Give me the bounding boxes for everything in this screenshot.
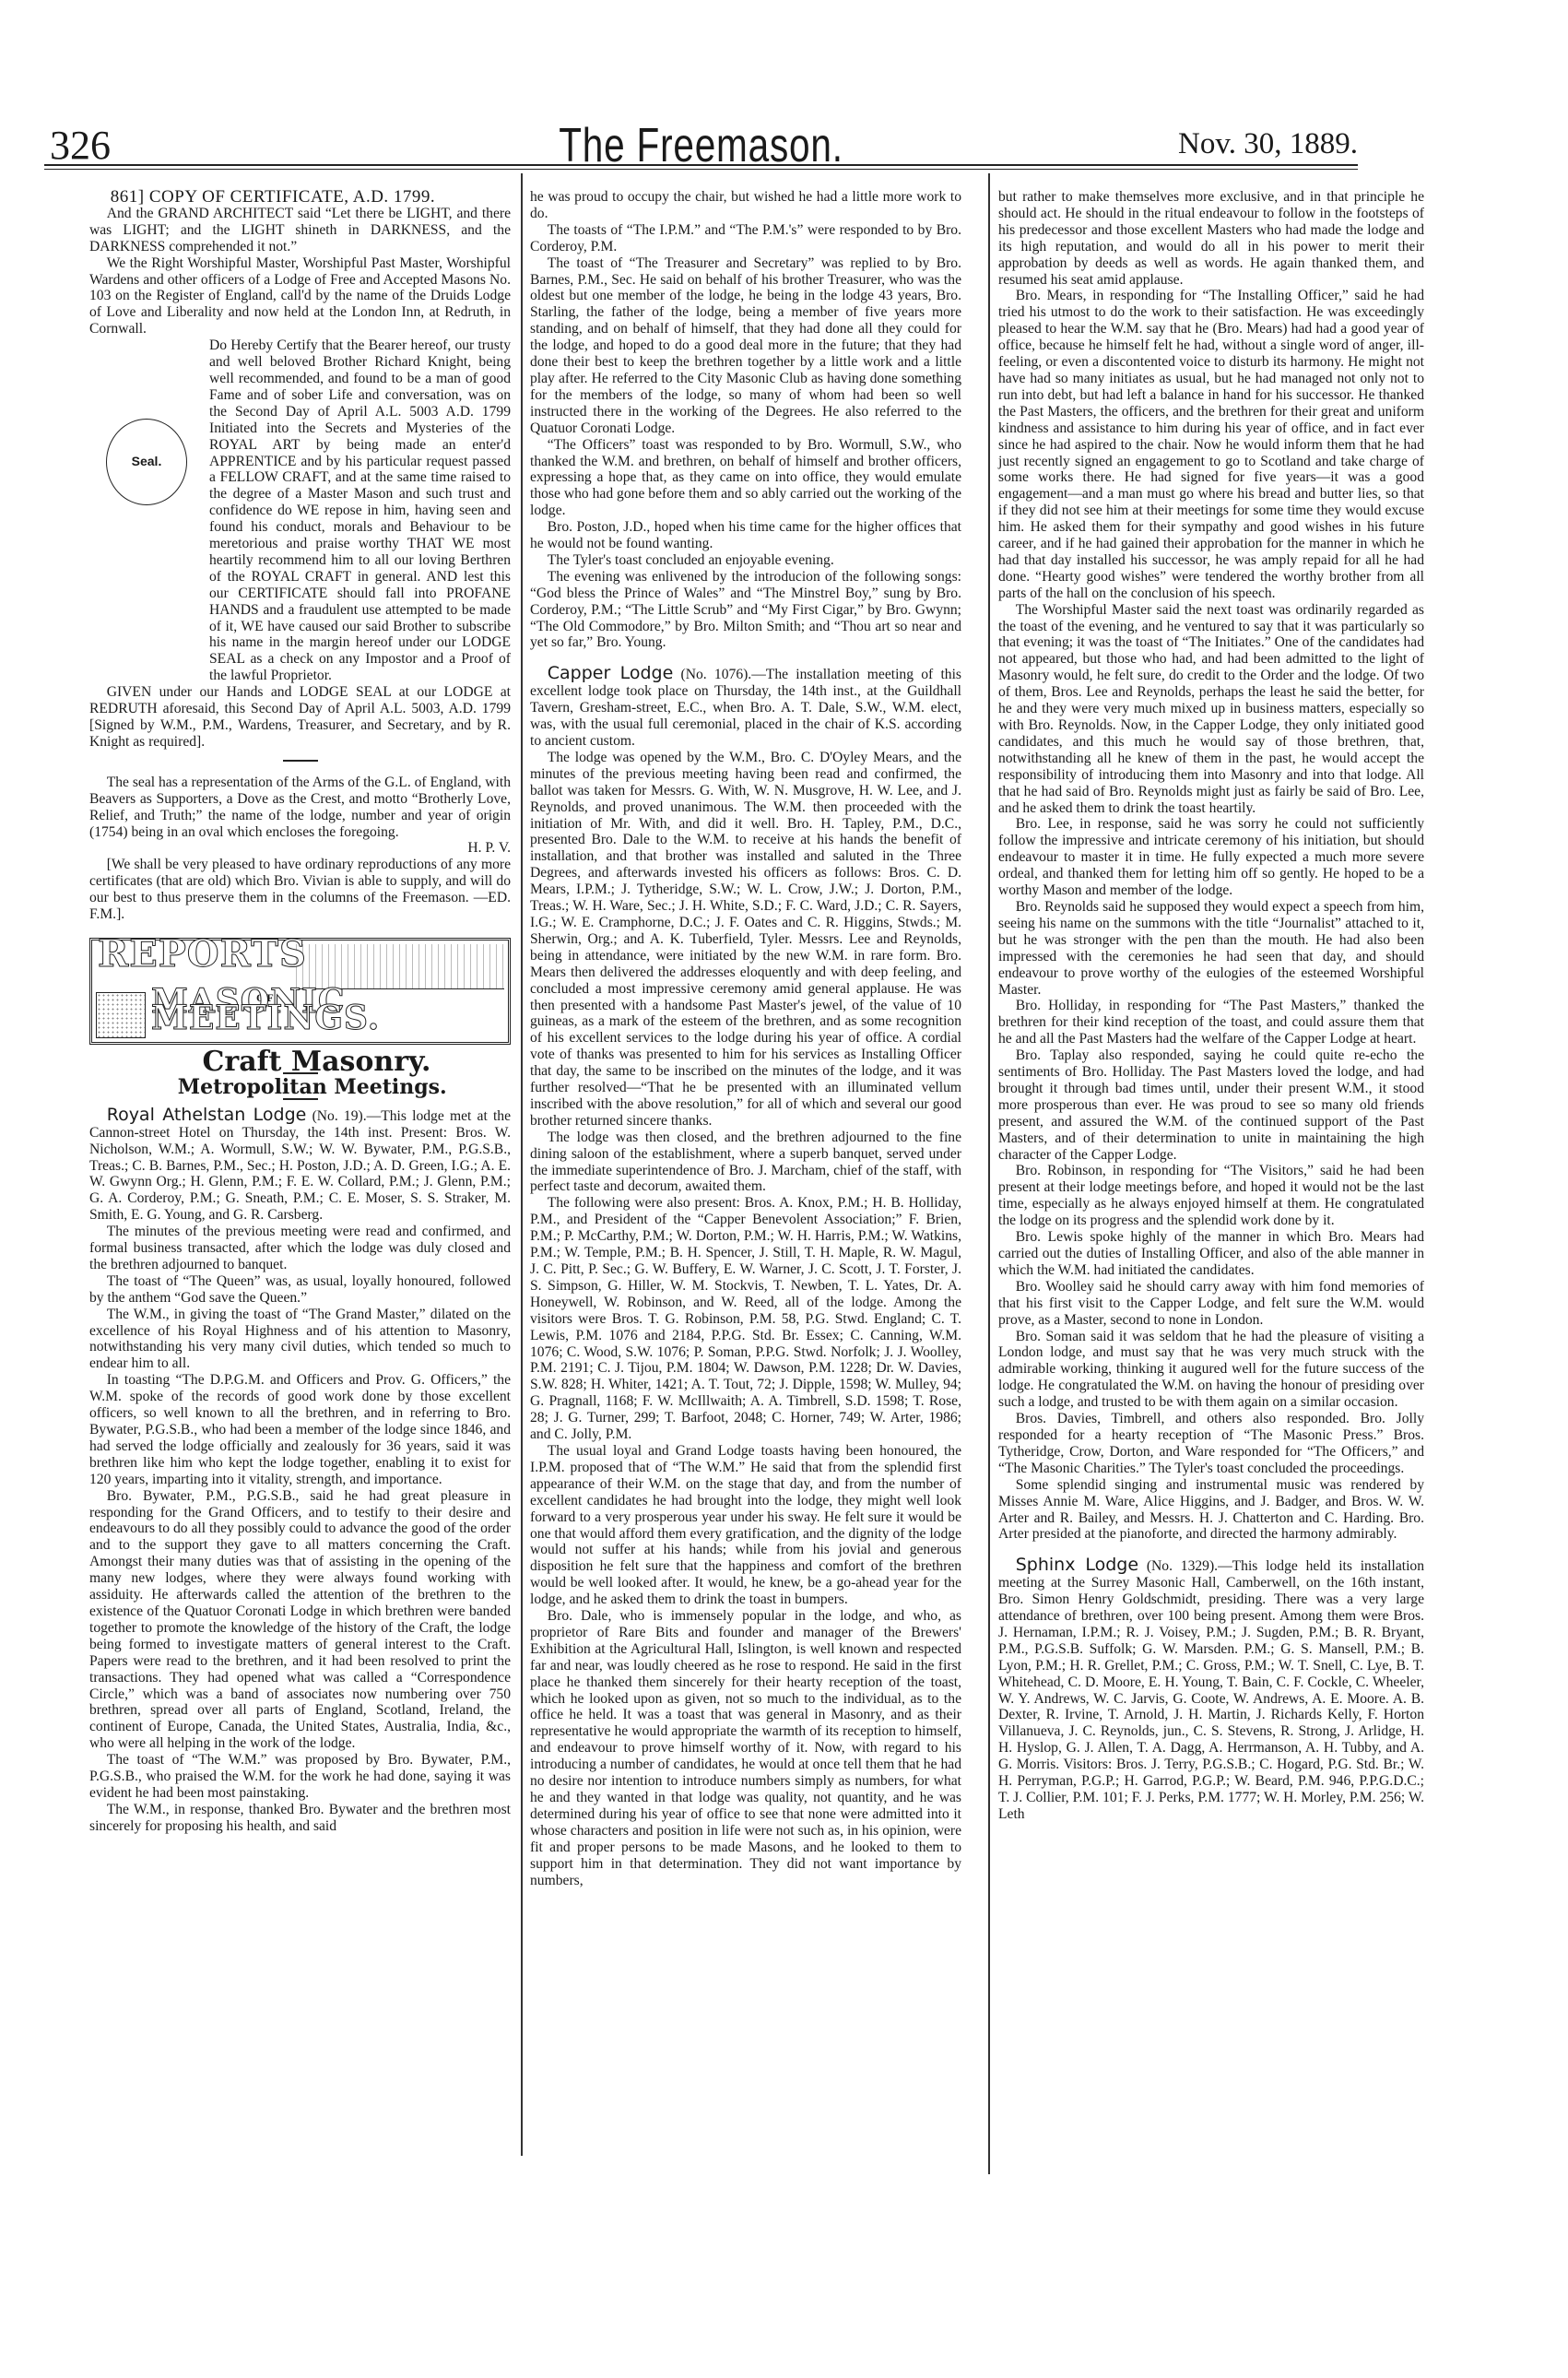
- certificate-paragraph: GIVEN under our Hands and LODGE SEAL at …: [89, 684, 511, 751]
- report-paragraph: The toasts of “The I.P.M.” and “The P.M.…: [530, 222, 961, 255]
- report-paragraph: Bro. Poston, J.D., hoped when his time c…: [530, 519, 961, 552]
- divider: [283, 760, 318, 762]
- masthead-rule-top: [44, 164, 1358, 166]
- report-paragraph: The minutes of the previous meeting were…: [89, 1224, 511, 1273]
- report-paragraph: The lodge was opened by the W.M., Bro. C…: [530, 750, 961, 1130]
- section-title: Craft Masonry.: [89, 1054, 511, 1071]
- report-paragraph: The Worshipful Master said the next toas…: [998, 602, 1424, 817]
- seal-block: Seal. Do Hereby Certify that the Bearer …: [89, 337, 511, 684]
- report-paragraph: Some splendid singing and instrumental m…: [998, 1477, 1424, 1544]
- report-paragraph: but rather to make themselves more exclu…: [998, 189, 1424, 288]
- seal-margin: Seal.: [89, 337, 209, 577]
- right-column: but rather to make themselves more exclu…: [998, 189, 1424, 1823]
- report-intro: Sphinx Lodge (No. 1329).—This lodge held…: [998, 1557, 1424, 1823]
- report-paragraph: The evening was enlivened by the introdu…: [530, 569, 961, 652]
- seal-label: Seal.: [132, 454, 162, 470]
- masthead-rule-bottom: [44, 169, 1358, 170]
- royal-athelstan-report: Royal Athelstan Lodge (No. 19).—This lod…: [89, 1107, 511, 1835]
- report-paragraph: The W.M., in giving the toast of “The Gr…: [89, 1307, 511, 1373]
- capper-lodge-report: Capper Lodge (No. 1076).—The installatio…: [530, 666, 961, 1888]
- reports-banner: REPORTS OF MASONIC MEETINGS.: [89, 938, 511, 1045]
- report-paragraph: Bro. Lewis spoke highly of the manner in…: [998, 1229, 1424, 1279]
- certificate-paragraph: And the GRAND ARCHITECT said “Let there …: [89, 206, 511, 255]
- middle-column: he was proud to occupy the chair, but wi…: [530, 189, 961, 1888]
- report-paragraph: Bro. Taplay also responded, saying he co…: [998, 1047, 1424, 1163]
- report-paragraph: Bro. Bywater, P.M., P.G.S.B., said he ha…: [89, 1488, 511, 1753]
- report-paragraph: The W.M., in response, thanked Bro. Bywa…: [89, 1802, 511, 1835]
- report-paragraph: The lodge was then closed, and the breth…: [530, 1130, 961, 1196]
- subsection-title: Metropolitan Meetings.: [89, 1080, 511, 1096]
- banner-line-1: REPORTS: [98, 946, 307, 963]
- report-paragraph: The usual loyal and Grand Lodge toasts h…: [530, 1443, 961, 1608]
- certificate-heading: 861] COPY OF CERTIFICATE, A.D. 1799.: [89, 189, 511, 206]
- report-paragraph: The toast of “The W.M.” was proposed by …: [89, 1752, 511, 1802]
- report-paragraph: The toast of “The Queen” was, as usual, …: [89, 1273, 511, 1307]
- report-paragraph: he was proud to occupy the chair, but wi…: [530, 189, 961, 222]
- sphinx-lodge-report: Sphinx Lodge (No. 1329).—This lodge held…: [998, 1557, 1424, 1823]
- banner-line-2: MASONIC MEETINGS.: [151, 994, 508, 1027]
- lodge-number: (No. 19).: [312, 1108, 367, 1124]
- masonic-emblem-icon: [96, 992, 146, 1038]
- left-column: 861] COPY OF CERTIFICATE, A.D. 1799. And…: [89, 189, 511, 1835]
- seal-circle-icon: Seal.: [106, 419, 187, 505]
- report-paragraph: Bros. Davies, Timbrell, and others also …: [998, 1411, 1424, 1477]
- report-intro-text: —This lodge held its installation meetin…: [998, 1558, 1424, 1822]
- report-paragraph: Bro. Soman said it was seldom that he ha…: [998, 1329, 1424, 1412]
- lodge-number: (No. 1076).: [681, 667, 752, 682]
- column-divider-1: [521, 173, 523, 2156]
- report-paragraph: Bro. Holliday, in responding for “The Pa…: [998, 998, 1424, 1047]
- report-intro: Royal Athelstan Lodge (No. 19).—This lod…: [89, 1107, 511, 1224]
- report-intro-text: —This lodge met at the Cannon-street Hot…: [89, 1108, 511, 1223]
- lodge-number: (No. 1329).: [1147, 1558, 1218, 1574]
- report-paragraph: The toast of “The Treasurer and Secretar…: [530, 255, 961, 437]
- masthead: 326 The Freemason. Nov. 30, 1889.: [44, 118, 1358, 164]
- report-paragraph: The following were also present: Bros. A…: [530, 1195, 961, 1443]
- certificate-body: Do Hereby Certify that the Bearer hereof…: [209, 337, 511, 684]
- report-intro: Capper Lodge (No. 1076).—The installatio…: [530, 666, 961, 750]
- certificate-article: 861] COPY OF CERTIFICATE, A.D. 1799. And…: [89, 189, 511, 923]
- lodge-name: Sphinx Lodge: [1016, 1555, 1138, 1575]
- editor-note: [We shall be very pleased to have ordina…: [89, 857, 511, 923]
- report-paragraph: “The Officers” toast was responded to by…: [530, 437, 961, 520]
- report-paragraph: Bro. Robinson, in responding for “The Vi…: [998, 1163, 1424, 1229]
- report-paragraph: Bro. Reynolds said he supposed they woul…: [998, 899, 1424, 998]
- certificate-paragraph: We the Right Worshipful Master, Worshipf…: [89, 255, 511, 338]
- report-paragraph: Bro. Mears, in responding for “The Insta…: [998, 288, 1424, 601]
- report-paragraph: Bro. Dale, who is immensely popular in t…: [530, 1608, 961, 1888]
- author-signature: H. P. V.: [89, 840, 511, 857]
- column-divider-2: [988, 173, 990, 2174]
- lodge-name: Capper Lodge: [548, 663, 674, 683]
- page-number: 326: [50, 122, 111, 169]
- report-paragraph: In toasting “The D.P.G.M. and Officers a…: [89, 1372, 511, 1487]
- report-paragraph: Bro. Lee, in response, said he was sorry…: [998, 816, 1424, 899]
- seal-description: The seal has a representation of the Arm…: [89, 775, 511, 841]
- lodge-name: Royal Athelstan Lodge: [107, 1105, 307, 1125]
- report-paragraph: The Tyler's toast concluded an enjoyable…: [530, 552, 961, 569]
- issue-date: Nov. 30, 1889.: [1178, 127, 1358, 161]
- report-paragraph: Bro. Woolley said he should carry away w…: [998, 1279, 1424, 1329]
